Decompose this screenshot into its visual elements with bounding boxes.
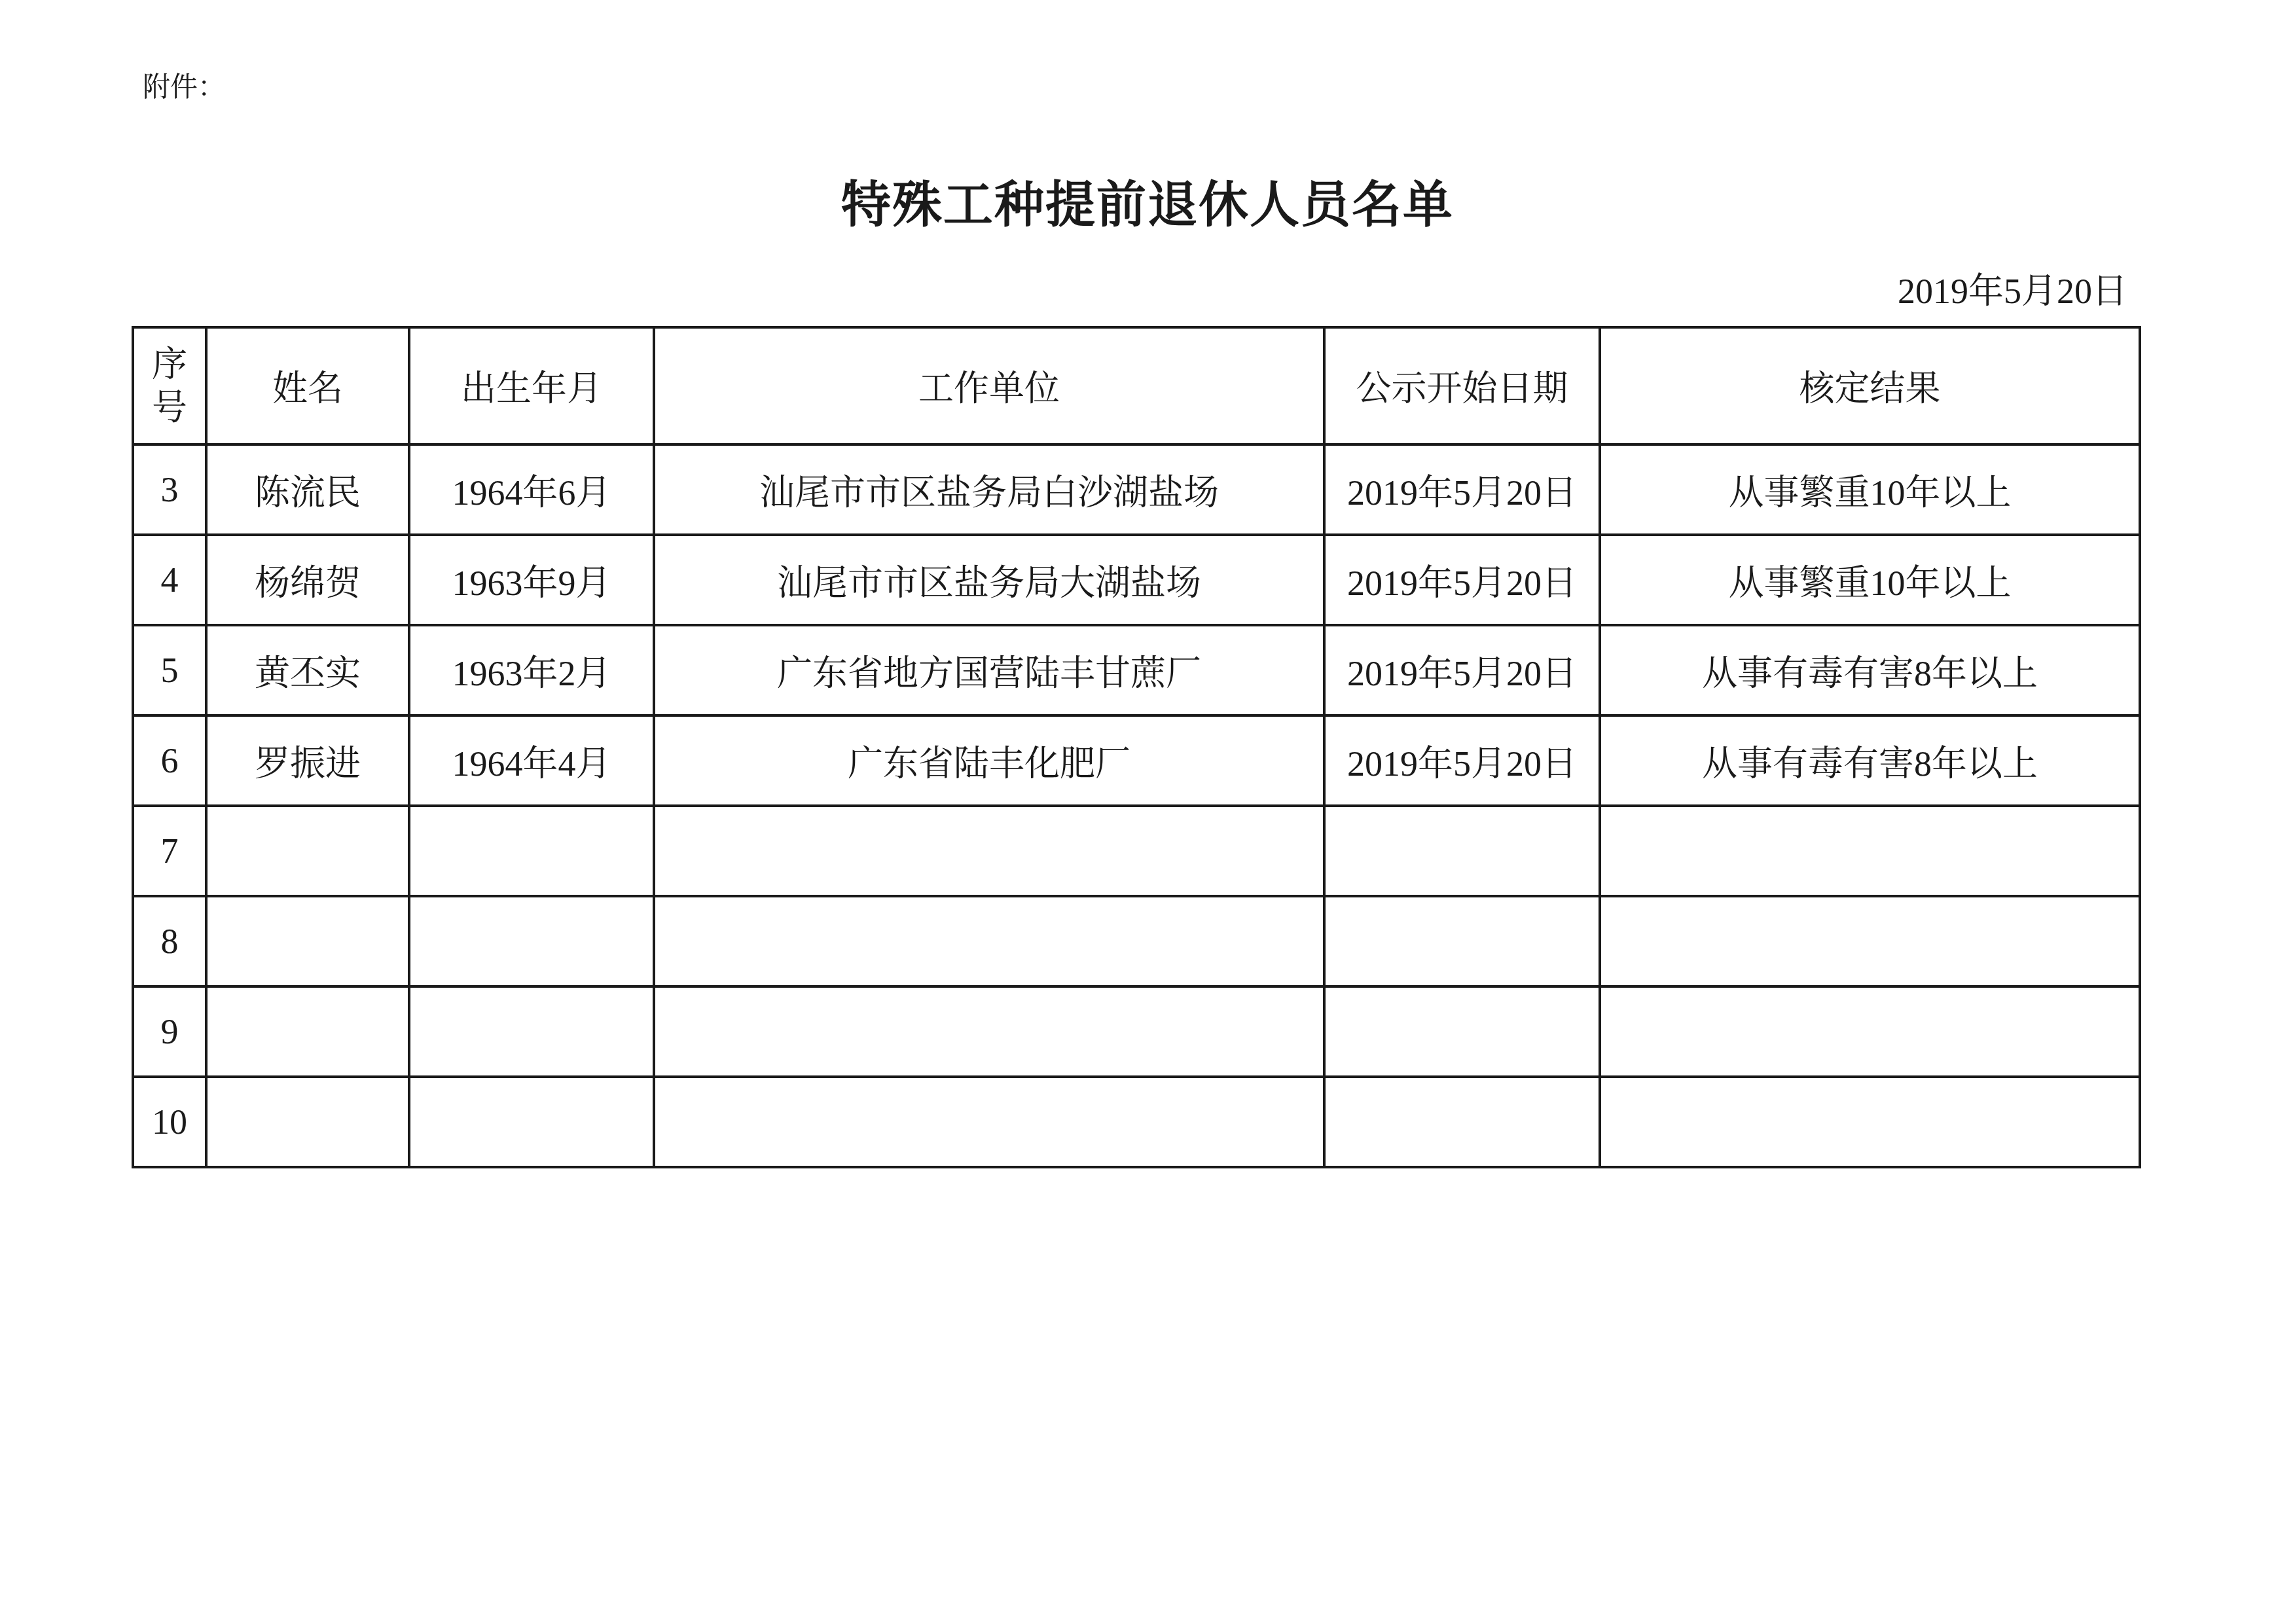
cell-seq: 8 [133,896,206,986]
header-seq-line1: 序 [134,343,205,386]
cell-unit [654,896,1324,986]
cell-birth: 1963年9月 [409,535,654,625]
cell-publicity-start [1324,896,1600,986]
attachment-label: 附件： [143,65,225,105]
header-seq-line2: 号 [134,386,205,429]
cell-name: 罗振进 [206,715,409,806]
retiree-table: 序 号 姓名 出生年月 工作单位 公示开始日期 核定结果 3 陈流民 1964年… [132,326,2141,1168]
cell-result [1600,806,2140,896]
cell-seq: 7 [133,806,206,896]
header-seq: 序 号 [133,327,206,444]
cell-result [1600,896,2140,986]
cell-name [206,1077,409,1167]
cell-publicity-start [1324,806,1600,896]
cell-unit: 汕尾市市区盐务局白沙湖盐场 [654,444,1324,535]
cell-name [206,986,409,1077]
cell-birth [409,1077,654,1167]
cell-unit [654,1077,1324,1167]
header-unit: 工作单位 [654,327,1324,444]
cell-birth: 1963年2月 [409,625,654,715]
header-birth: 出生年月 [409,327,654,444]
header-publicity-start: 公示开始日期 [1324,327,1600,444]
cell-publicity-start: 2019年5月20日 [1324,444,1600,535]
cell-birth [409,806,654,896]
cell-result [1600,1077,2140,1167]
cell-unit [654,986,1324,1077]
cell-birth: 1964年6月 [409,444,654,535]
cell-seq: 5 [133,625,206,715]
cell-publicity-start [1324,986,1600,1077]
cell-publicity-start: 2019年5月20日 [1324,715,1600,806]
cell-birth [409,896,654,986]
table-row: 10 [133,1077,2140,1167]
table-row: 6 罗振进 1964年4月 广东省陆丰化肥厂 2019年5月20日 从事有毒有害… [133,715,2140,806]
cell-seq: 9 [133,986,206,1077]
cell-name: 黄丕实 [206,625,409,715]
header-result: 核定结果 [1600,327,2140,444]
cell-publicity-start [1324,1077,1600,1167]
cell-result: 从事繁重10年以上 [1600,444,2140,535]
table-row: 7 [133,806,2140,896]
cell-birth: 1964年4月 [409,715,654,806]
table-row: 9 [133,986,2140,1077]
cell-unit: 广东省地方国营陆丰甘蔗厂 [654,625,1324,715]
cell-publicity-start: 2019年5月20日 [1324,625,1600,715]
cell-name [206,806,409,896]
document-date: 2019年5月20日 [1898,263,2127,314]
cell-name: 陈流民 [206,444,409,535]
table-row: 4 杨绵贺 1963年9月 汕尾市市区盐务局大湖盐场 2019年5月20日 从事… [133,535,2140,625]
table-row: 5 黄丕实 1963年2月 广东省地方国营陆丰甘蔗厂 2019年5月20日 从事… [133,625,2140,715]
table-row: 8 [133,896,2140,986]
cell-publicity-start: 2019年5月20日 [1324,535,1600,625]
cell-name: 杨绵贺 [206,535,409,625]
cell-seq: 4 [133,535,206,625]
cell-result: 从事有毒有害8年以上 [1600,625,2140,715]
cell-result: 从事繁重10年以上 [1600,535,2140,625]
cell-result [1600,986,2140,1077]
table-row: 3 陈流民 1964年6月 汕尾市市区盐务局白沙湖盐场 2019年5月20日 从… [133,444,2140,535]
header-name: 姓名 [206,327,409,444]
cell-seq: 3 [133,444,206,535]
cell-result: 从事有毒有害8年以上 [1600,715,2140,806]
cell-unit: 广东省陆丰化肥厂 [654,715,1324,806]
page-title: 特殊工种提前退休人员名单 [0,165,2295,236]
table-header-row: 序 号 姓名 出生年月 工作单位 公示开始日期 核定结果 [133,327,2140,444]
cell-unit: 汕尾市市区盐务局大湖盐场 [654,535,1324,625]
cell-seq: 6 [133,715,206,806]
cell-seq: 10 [133,1077,206,1167]
cell-name [206,896,409,986]
cell-birth [409,986,654,1077]
cell-unit [654,806,1324,896]
